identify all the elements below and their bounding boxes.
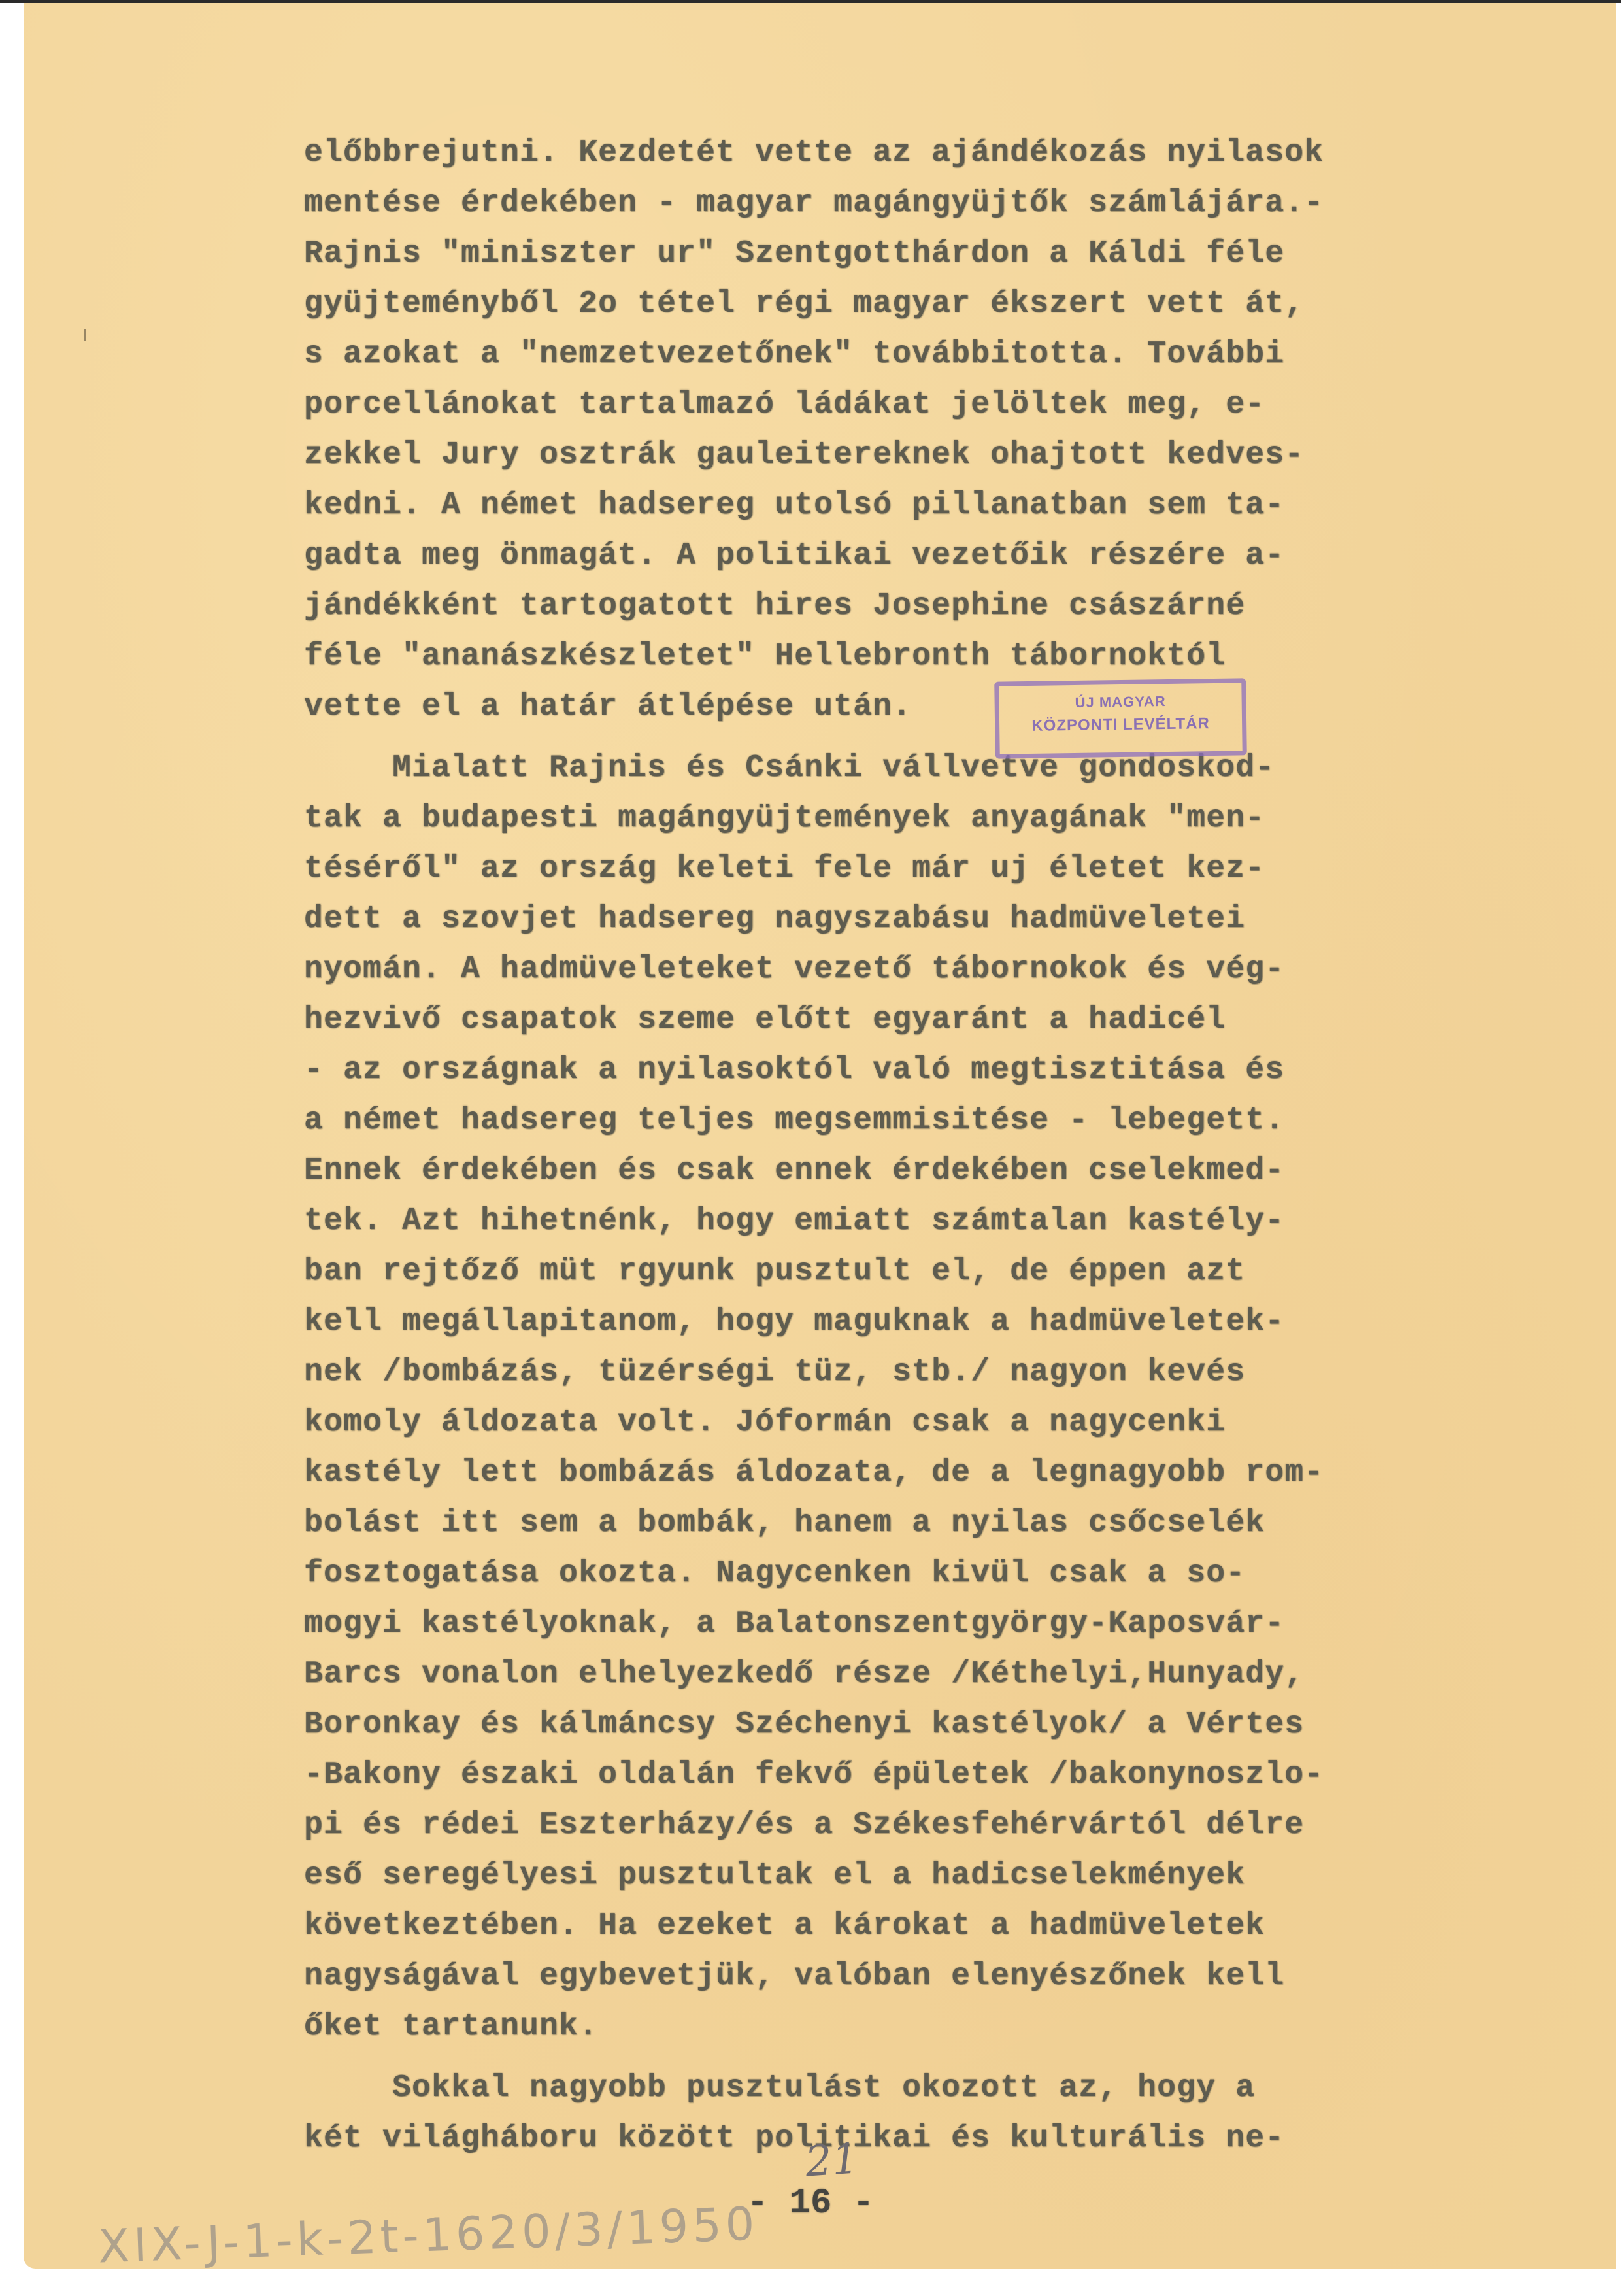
text-line: gyüjteményből 2o tétel régi magyar éksze… <box>304 279 1428 329</box>
text-line: pi és rédei Eszterházy/és a Székesfehérv… <box>304 1800 1428 1851</box>
text-line: bolást itt sem a bombák, hanem a nyilas … <box>304 1498 1428 1549</box>
text-line: - az országnak a nyilasoktól való megtis… <box>304 1045 1428 1096</box>
text-line: tek. Azt hihetnénk, hogy emiatt számtala… <box>304 1196 1428 1247</box>
text-line: kedni. A német hadsereg utolsó pillanatb… <box>304 481 1428 531</box>
text-line: téséről" az ország keleti fele már uj él… <box>304 844 1428 894</box>
paragraph-gap <box>304 732 1428 743</box>
text-line: porcellánokat tartalmazó ládákat jelölte… <box>304 380 1428 430</box>
text-line: kastély lett bombázás áldozata, de a leg… <box>304 1448 1428 1498</box>
text-line: Ennek érdekében és csak ennek érdekében … <box>304 1146 1428 1196</box>
text-line: hezvivő csapatok szeme előtt egyaránt a … <box>304 995 1428 1045</box>
text-line: fosztogatása okozta. Nagycenken kivül cs… <box>304 1549 1428 1599</box>
text-line: s azokat a "nemzetvezetőnek" továbbitott… <box>304 329 1428 380</box>
text-line: vette el a határ átlépése után. <box>304 682 1428 732</box>
text-line: Boronkay és kálmáncsy Széchenyi kastélyo… <box>304 1700 1428 1750</box>
text-line: gadta meg önmagát. A politikai vezetőik … <box>304 531 1428 581</box>
text-line: mentése érdekében - magyar magángyüjtők … <box>304 178 1428 229</box>
text-line: Sokkal nagyobb pusztulást okozott az, ho… <box>304 2063 1428 2114</box>
stamp-line-1: ÚJ MAGYAR <box>999 692 1241 712</box>
archive-stamp: ÚJ MAGYAR KÖZPONTI LEVÉLTÁR <box>994 678 1247 758</box>
text-line: mogyi kastélyoknak, a Balatonszentgyörgy… <box>304 1599 1428 1649</box>
text-line: a német hadsereg teljes megsemmisitése -… <box>304 1096 1428 1146</box>
handwritten-folio-number: 21 <box>804 2135 860 2187</box>
text-line: Rajnis "miniszter ur" Szentgotthárdon a … <box>304 229 1428 279</box>
text-line: Barcs vonalon elhelyezkedő része /Kéthel… <box>304 1649 1428 1700</box>
text-line: kell megállapitanom, hogy maguknak a had… <box>304 1297 1428 1347</box>
text-line: eső seregélyesi pusztultak el a hadicsel… <box>304 1851 1428 1901</box>
text-line: jándékként tartogatott hires Josephine c… <box>304 581 1428 632</box>
text-line: Mialatt Rajnis és Csánki vállvetve gondo… <box>304 743 1428 794</box>
text-line: dett a szovjet hadsereg nagyszabásu hadm… <box>304 894 1428 945</box>
text-line: féle "ananászkészletet" Hellebronth tábo… <box>304 632 1428 682</box>
text-line: -Bakony északi oldalán fekvő épületek /b… <box>304 1750 1428 1800</box>
text-line: nagyságával egybevetjük, valóban elenyés… <box>304 1951 1428 2002</box>
text-line: komoly áldozata volt. Jóformán csak a na… <box>304 1398 1428 1448</box>
text-line: zekkel Jury osztrák gauleitereknek ohajt… <box>304 430 1428 481</box>
paragraph-gap <box>304 2052 1428 2063</box>
text-line: ban rejtőző müt rgyunk pusztult el, de é… <box>304 1247 1428 1297</box>
text-line: őket tartanunk. <box>304 2002 1428 2052</box>
text-line: előbbrejutni. Kezdetét vette az ajándéko… <box>304 128 1428 178</box>
text-line: nek /bombázás, tüzérségi tüz, stb./ nagy… <box>304 1347 1428 1398</box>
stamp-line-2: KÖZPONTI LEVÉLTÁR <box>999 714 1242 735</box>
text-line: két világháboru között politikai és kult… <box>304 2114 1428 2164</box>
typewritten-body: előbbrejutni. Kezdetét vette az ajándéko… <box>304 128 1428 2164</box>
text-line: következtében. Ha ezeket a károkat a had… <box>304 1901 1428 1951</box>
margin-mark <box>84 329 86 341</box>
text-line: tak a budapesti magángyüjtemények anyagá… <box>304 794 1428 844</box>
text-line: nyomán. A hadmüveleteket vezető tábornok… <box>304 945 1428 995</box>
